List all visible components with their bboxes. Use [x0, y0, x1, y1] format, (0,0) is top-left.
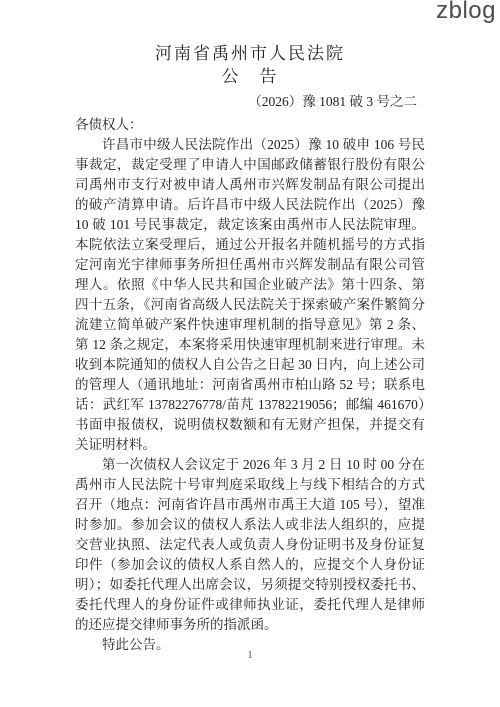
salutation: 各债权人：: [75, 115, 425, 135]
watermark-zblog: zblog: [436, 0, 496, 25]
court-name-heading: 河南省禹州市人民法院: [75, 44, 425, 64]
case-number: （2026）豫 1081 破 3 号之二: [75, 94, 425, 110]
paragraph-case-acceptance: 许昌市中级人民法院作出（2025）豫 10 破申 106 号民事裁定，裁定受理了…: [75, 135, 425, 455]
paragraph-creditors-meeting: 第一次债权人会议定于 2026 年 3 月 2 日 10 时 00 分在禹州市人…: [75, 455, 425, 635]
document-title: 公 告: [75, 66, 425, 88]
page-number: 1: [0, 650, 500, 661]
announcement-document: 河南省禹州市人民法院 公 告 （2026）豫 1081 破 3 号之二 各债权人…: [75, 44, 425, 655]
document-body: 各债权人： 许昌市中级人民法院作出（2025）豫 10 破申 106 号民事裁定…: [75, 115, 425, 655]
